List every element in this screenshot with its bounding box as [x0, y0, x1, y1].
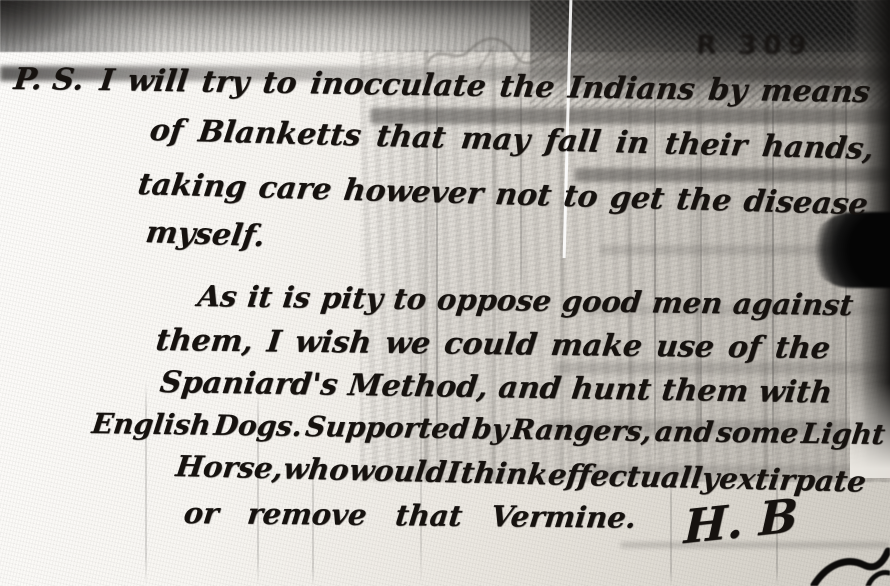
scanned-letter-page: R 309 P. S. IwilltrytoinocculatetheIndia…: [0, 0, 890, 586]
handwritten-line-4: myself.: [144, 215, 268, 254]
handwritten-line-10: orremovethatVermine.: [182, 496, 638, 535]
black-clip-blob: [810, 212, 890, 288]
archive-stamp: R 309: [695, 30, 813, 61]
corner-ink-marks: [808, 535, 890, 586]
postscript-label: P. S.: [12, 62, 86, 98]
